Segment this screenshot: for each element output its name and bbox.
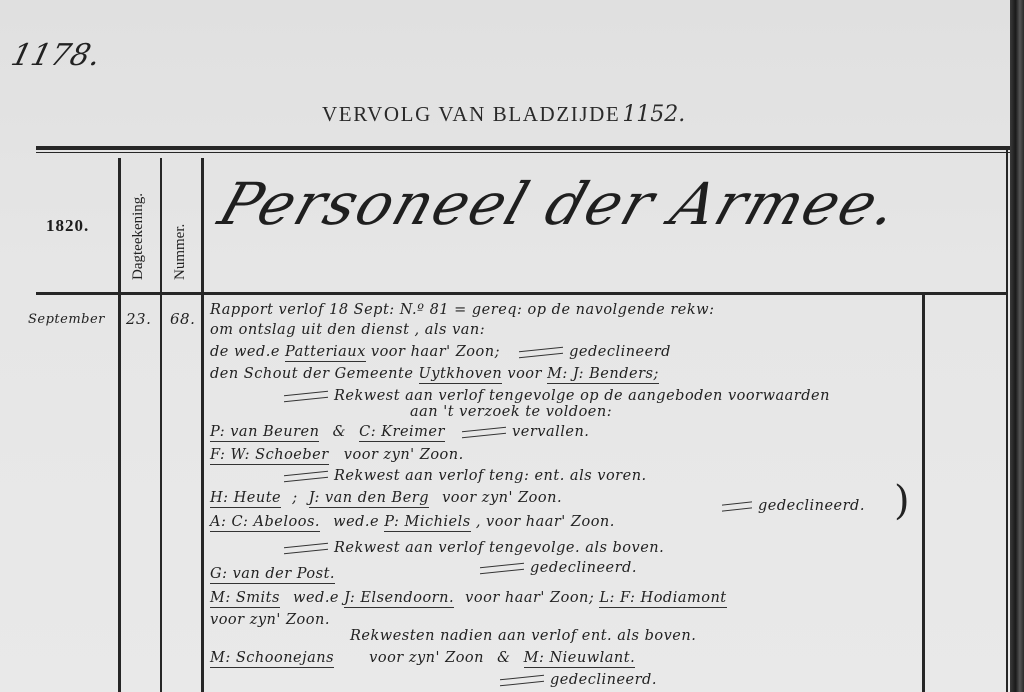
person-name: P: Michiels [384, 514, 470, 532]
line-text: voor zyn' Zoon. [442, 490, 562, 506]
book-binding [1010, 0, 1024, 692]
double-dash-mark [480, 562, 524, 574]
entry-line-8: F: W: Schoeber voor zyn' Zoon. [210, 447, 464, 463]
entry-line-2: om ontslag uit den dienst , als van: [210, 322, 485, 338]
entry-line-4: den Schout der Gemeente Uytkhoven voor M… [210, 366, 659, 382]
line-text: Rekwesten nadien aan verlof ent. als bov… [350, 628, 696, 644]
page-number: 1178. [8, 38, 105, 73]
header-top-rule [36, 146, 1010, 150]
status-lapsed: vervallen. [512, 424, 589, 440]
column-rule-outer [1006, 150, 1008, 692]
entry-line-18: gedeclineerd. [500, 672, 657, 688]
line-text: voor zyn' Zoon. [210, 612, 330, 628]
double-dash-mark [284, 542, 328, 554]
person-name: C: Kreimer [359, 424, 445, 442]
double-dash-mark [500, 674, 544, 686]
entry-line-1: Rapport verlof 18 Sept: N.º 81 = gereq: … [210, 302, 714, 318]
person-name: Patteriaux [285, 344, 366, 362]
entry-line-11: A: C: Abeloos. wed.e P: Michiels , voor … [210, 514, 615, 530]
status-declined: gedeclineerd. [758, 498, 865, 514]
ampersand: & [333, 424, 346, 440]
entry-day: 23. [126, 310, 151, 328]
year-label: 1820. [46, 216, 89, 236]
line-text: om ontslag uit den dienst , als van: [210, 322, 485, 338]
entry-line-16: Rekwesten nadien aan verlof ent. als bov… [350, 628, 696, 644]
entry-line-5: Rekwest aan verlof tengevolge op de aang… [284, 388, 830, 404]
line-text: voor zyn' Zoon. [344, 447, 464, 463]
ampersand: & [497, 650, 510, 666]
line-text: Rapport verlof 18 Sept: N.º 81 = gereq: … [210, 302, 714, 318]
line-text: , voor haar' Zoon. [476, 514, 615, 530]
separator: ; [292, 490, 297, 506]
line-text: wed.e [333, 514, 379, 530]
person-name: J: Elsendoorn. [344, 590, 454, 608]
entry-line-17: M: Schoonejans voor zyn' Zoon & M: Nieuw… [210, 650, 635, 666]
person-name: J: van den Berg [309, 490, 429, 508]
line-text: Rekwest aan verlof tengevolge op de aang… [334, 388, 830, 404]
line-text: voor [507, 366, 542, 382]
line-text: Rekwest aan verlof tengevolge. als boven… [334, 540, 664, 556]
person-name: L: F: Hodiamont [599, 590, 726, 608]
entry-line-13: G: van der Post. [210, 566, 335, 582]
person-name: P: van Beuren [210, 424, 319, 442]
person-name: G: van der Post. [210, 566, 335, 584]
entry-line-3: de wed.e Patteriaux voor haar' Zoon; ged… [210, 344, 671, 360]
ledger-page: 1178. VERVOLG VAN BLADZIJDE1152. 1820. D… [0, 0, 1024, 692]
column-rule-text [201, 158, 204, 692]
entry-line-14: M: Smits wed.e J: Elsendoorn. voor haar'… [210, 590, 727, 606]
running-head: VERVOLG VAN BLADZIJDE1152. [322, 102, 685, 127]
running-head-label: VERVOLG VAN BLADZIJDE [322, 102, 620, 126]
column-rule-number [160, 158, 162, 692]
section-title: Personeel der Armee. [211, 170, 909, 238]
line-text: aan 't verzoek te voldoen: [410, 404, 612, 420]
column-header-number: Nummer. [172, 224, 189, 280]
grouping-brace: ) [894, 478, 910, 524]
person-name: M: Schoonejans [210, 650, 334, 668]
double-dash-mark [519, 346, 563, 358]
person-name: M: J: Benders; [547, 366, 659, 384]
person-name: M: Nieuwlant. [524, 650, 636, 668]
entry-line-6: aan 't verzoek te voldoen: [410, 404, 612, 420]
person-name: A: C: Abeloos. [210, 514, 320, 532]
line-text: wed.e [293, 590, 339, 606]
line-text: den Schout der Gemeente [210, 366, 413, 382]
entry-number: 68. [170, 310, 195, 328]
entry-line-12: Rekwest aan verlof tengevolge. als boven… [284, 540, 664, 556]
line-text: voor haar' Zoon; [371, 344, 500, 360]
line-text: voor haar' Zoon; [465, 590, 594, 606]
status-declined: gedeclineerd. [530, 560, 637, 576]
person-name: M: Smits [210, 590, 280, 608]
column-rule-date [118, 158, 121, 692]
entry-line-11-status: gedeclineerd. [722, 498, 865, 514]
line-text: de wed.e [210, 344, 280, 360]
double-dash-mark [284, 390, 328, 402]
column-rule-right [922, 295, 925, 692]
status-declined: gedeclineerd. [550, 672, 657, 688]
person-name: F: W: Schoeber [210, 447, 329, 465]
line-text: voor zyn' Zoon [369, 650, 484, 666]
entry-line-15: voor zyn' Zoon. [210, 612, 330, 628]
running-head-page-ref: 1152. [622, 102, 685, 127]
header-bottom-rule [36, 292, 1006, 295]
double-dash-mark [284, 470, 328, 482]
entry-line-10: H: Heute ; J: van den Berg voor zyn' Zoo… [210, 490, 562, 506]
person-name: H: Heute [210, 490, 281, 508]
header-top-rule-thin [36, 152, 1010, 153]
double-dash-mark [462, 426, 506, 438]
double-dash-mark [722, 501, 752, 511]
entry-line-7: P: van Beuren & C: Kreimer vervallen. [210, 424, 589, 440]
entry-line-13-status: gedeclineerd. [480, 560, 637, 576]
line-text: Rekwest aan verlof teng: ent. als voren. [334, 468, 647, 484]
column-header-date: Dagteekening. [130, 193, 147, 280]
status-declined: gedeclineerd [569, 344, 671, 360]
entry-month: September [28, 312, 105, 327]
entry-line-9: Rekwest aan verlof teng: ent. als voren. [284, 468, 647, 484]
place-name: Uytkhoven [419, 366, 503, 384]
